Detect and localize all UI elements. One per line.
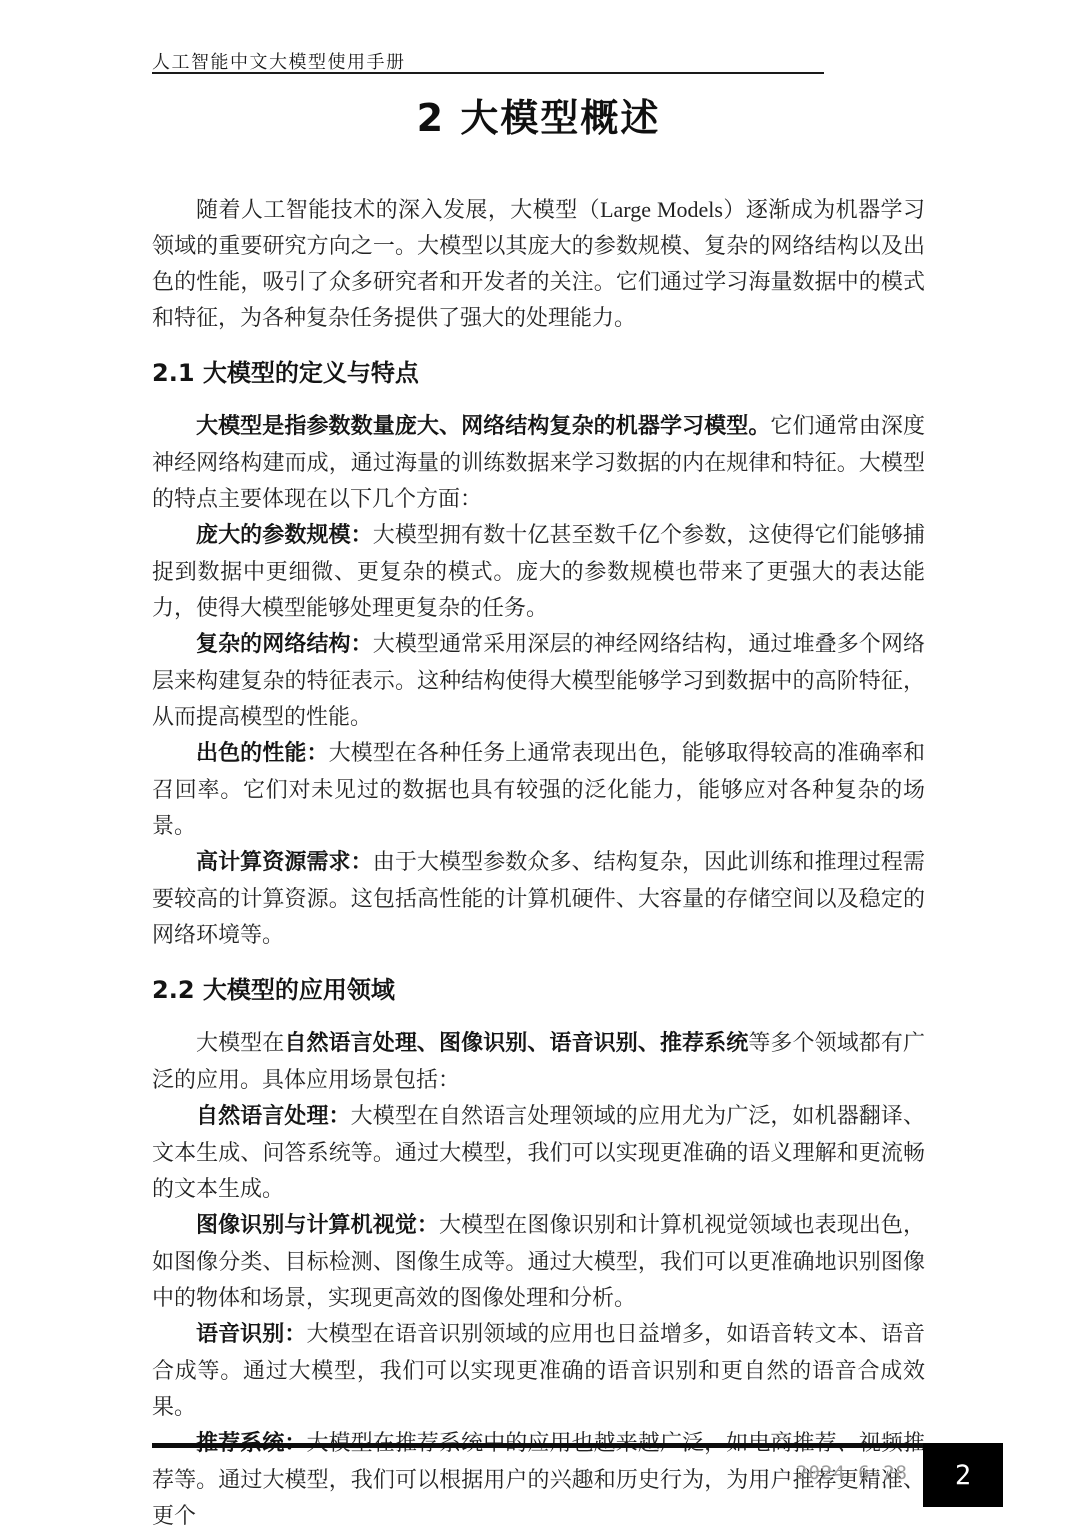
bold-run: 图像识别与计算机视觉： xyxy=(196,1213,439,1238)
body-paragraph: 大模型在自然语言处理、图像识别、语音识别、推荐系统等多个领域都有广泛的应用。具体… xyxy=(152,1025,925,1098)
footer-date: 2024-6-28 xyxy=(796,1462,908,1484)
bold-run: 高计算资源需求： xyxy=(196,850,373,875)
bold-run: 自然语言处理、图像识别、语音识别、推荐系统 xyxy=(284,1031,748,1056)
bold-run: 复杂的网络结构： xyxy=(196,632,373,657)
page-number-box: 2 xyxy=(923,1443,1003,1507)
page-number: 2 xyxy=(955,1460,971,1491)
section-heading: 2.1 大模型的定义与特点 xyxy=(152,356,925,390)
text-run: 大模型在 xyxy=(196,1030,284,1055)
header-booklet-title: 人工智能中文大模型使用手册 xyxy=(152,48,406,74)
text-run: 随着人工智能技术的深入发展，大模型（Large Models）逐渐成为机器学习领… xyxy=(152,197,925,330)
body-paragraph: 大模型是指参数数量庞大、网络结构复杂的机器学习模型。它们通常由深度神经网络构建而… xyxy=(152,408,925,517)
bold-run: 庞大的参数规模： xyxy=(196,523,373,548)
body-paragraph: 图像识别与计算机视觉：大模型在图像识别和计算机视觉领域也表现出色，如图像分类、目… xyxy=(152,1207,925,1316)
bold-run: 自然语言处理： xyxy=(196,1104,351,1129)
document-content: 2 大模型概述随着人工智能技术的深入发展，大模型（Large Models）逐渐… xyxy=(152,92,925,1527)
document-page: 人工智能中文大模型使用手册 2 大模型概述随着人工智能技术的深入发展，大模型（L… xyxy=(0,0,1080,1527)
body-paragraph: 语音识别：大模型在语音识别领域的应用也日益增多，如语音转文本、语音合成等。通过大… xyxy=(152,1316,925,1425)
body-paragraph: 复杂的网络结构：大模型通常采用深层的神经网络结构，通过堆叠多个网络层来构建复杂的… xyxy=(152,626,925,735)
body-paragraph: 高计算资源需求：由于大模型参数众多、结构复杂，因此训练和推理过程需要较高的计算资… xyxy=(152,844,925,953)
body-paragraph: 随着人工智能技术的深入发展，大模型（Large Models）逐渐成为机器学习领… xyxy=(152,192,925,336)
body-paragraph: 庞大的参数规模：大模型拥有数十亿甚至数千亿个参数，这使得它们能够捕捉到数据中更细… xyxy=(152,517,925,626)
header-rule xyxy=(152,72,824,74)
document-title: 2 大模型概述 xyxy=(152,92,925,144)
body-paragraph: 出色的性能：大模型在各种任务上通常表现出色，能够取得较高的准确率和召回率。它们对… xyxy=(152,735,925,844)
bold-run: 出色的性能： xyxy=(196,741,329,766)
body-paragraph: 自然语言处理：大模型在自然语言处理领域的应用尤为广泛，如机器翻译、文本生成、问答… xyxy=(152,1098,925,1207)
bold-run: 大模型是指参数数量庞大、网络结构复杂的机器学习模型。 xyxy=(196,414,770,439)
footer-rule xyxy=(152,1443,923,1448)
bold-run: 语音识别： xyxy=(196,1322,306,1347)
section-heading: 2.2 大模型的应用领域 xyxy=(152,973,925,1007)
